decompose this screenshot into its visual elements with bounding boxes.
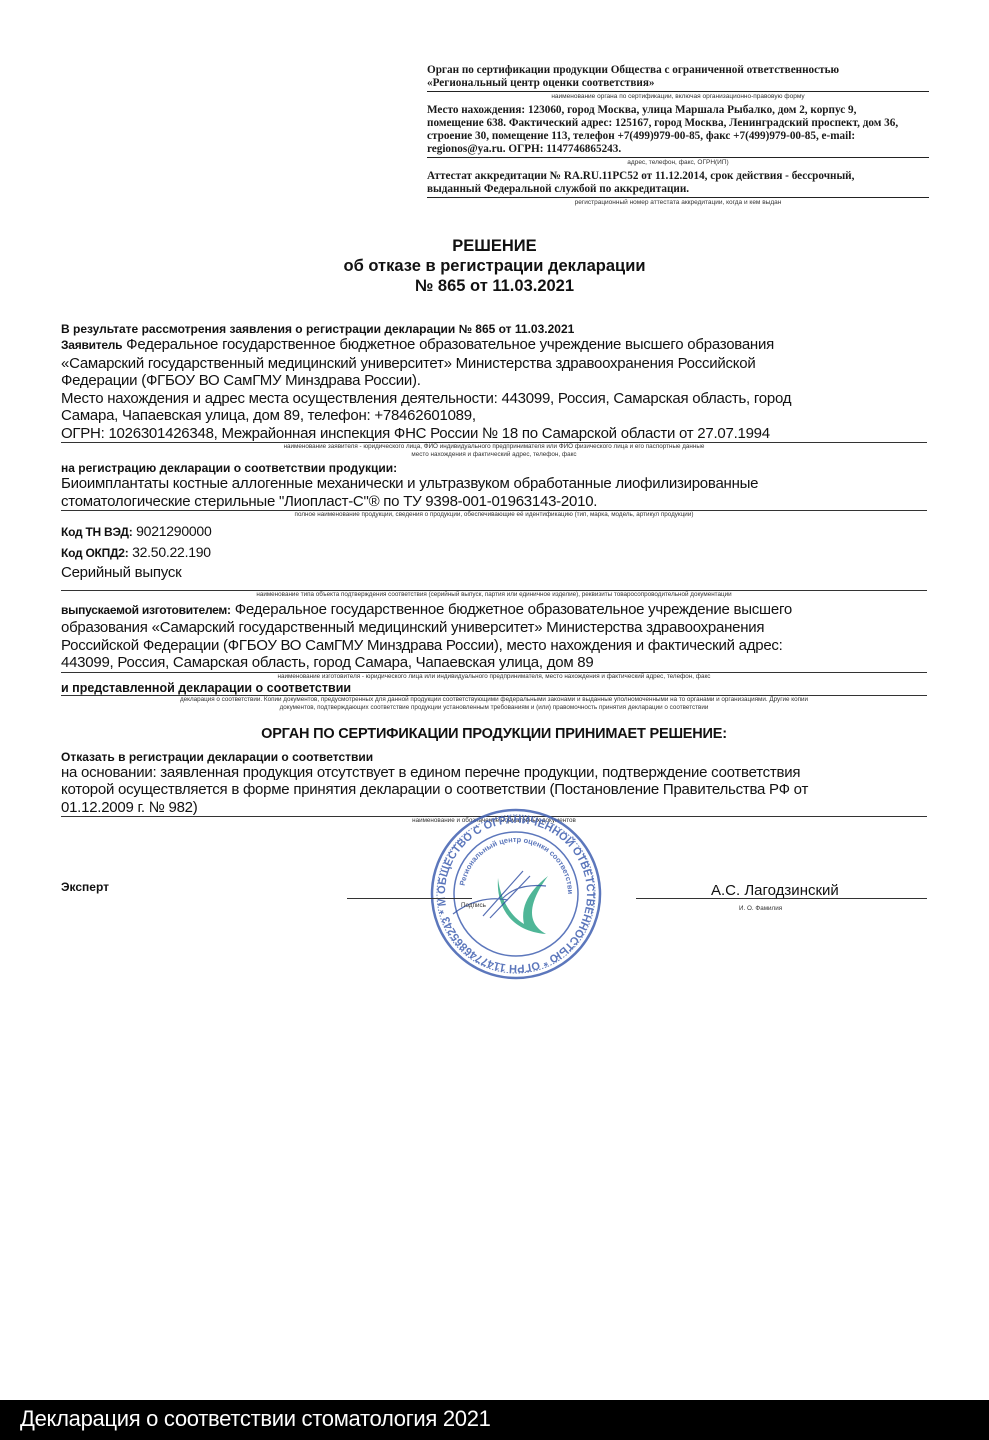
manufacturer-line2: образования «Самарский государственный м… (61, 619, 927, 637)
applicant-block: Заявитель Федеральное государственное бю… (61, 336, 927, 355)
manufacturer-block: выпускаемой изготовителем: Федеральное г… (61, 601, 927, 620)
address-line2: помещение 638. Фактический адрес: 125167… (427, 117, 929, 130)
applicant-caption2: место нахождения и фактический адрес, те… (61, 451, 927, 459)
product-caption: полное наименование продукции, сведения … (61, 511, 927, 519)
applicant-line2: «Самарский государственный медицинский у… (61, 355, 927, 373)
title-line2: об отказе в регистрации декларации (0, 256, 989, 276)
okpd-code: Код ОКПД2: 32.50.22.190 (61, 544, 927, 563)
caption-text: Декларация о соответствии стоматология 2… (20, 1406, 491, 1432)
title-line1: РЕШЕНИЕ (0, 236, 989, 256)
product-label: на регистрацию декларации о соответствии… (61, 461, 927, 475)
okpd-value: 32.50.22.190 (128, 544, 210, 560)
applicant-intro: В результате рассмотрения заявления о ре… (61, 322, 927, 336)
signature-line (347, 898, 472, 899)
name-caption: И. О. Фамилия (739, 905, 782, 912)
applicant-line1: Федеральное государственное бюджетное об… (122, 336, 774, 353)
signature-caption: Подпись (461, 902, 486, 909)
expert-label: Эксперт (61, 880, 109, 894)
applicant-label: Заявитель (61, 338, 122, 352)
decision-heading: ОРГАН ПО СЕРТИФИКАЦИИ ПРОДУКЦИИ ПРИНИМАЕ… (61, 726, 927, 742)
okpd-label: Код ОКПД2: (61, 546, 128, 560)
expert-name: А.С. Лагодзинский (711, 882, 839, 899)
org-name-line2: «Региональный центр оценки соответствия» (427, 77, 929, 90)
manufacturer-line1: Федеральное государственное бюджетное об… (231, 601, 792, 618)
name-line (636, 898, 927, 899)
manufacturer-caption: наименование изготовителя - юридического… (61, 673, 927, 681)
applicant-line4: Место нахождения и адрес места осуществл… (61, 390, 927, 408)
applicant-line5: Самара, Чапаевская улица, дом 89, телефо… (61, 407, 927, 425)
decision-verdict: Отказать в регистрации декларации о соот… (61, 750, 927, 764)
caption-bar: Декларация о соответствии стоматология 2… (0, 1400, 989, 1440)
applicant-line6: ОГРН: 1026301426348, Межрайонная инспекц… (61, 425, 927, 443)
declaration-caption1: декларация о соответствии. Копии докумен… (61, 696, 927, 704)
manufacturer-label: выпускаемой изготовителем: (61, 603, 231, 617)
manufacturer-line3: Российской Федерации (ФГБОУ ВО СамГМУ Ми… (61, 637, 927, 655)
certification-body-header: Орган по сертификации продукции Общества… (427, 64, 929, 207)
document-page: Орган по сертификации продукции Общества… (0, 0, 989, 1400)
signature-row: Эксперт Подпись А.С. Лагодзинский И. О. … (61, 880, 927, 920)
tnved-code: Код ТН ВЭД: 9021290000 (61, 523, 927, 542)
address-line3: строение 30, помещение 113, телефон +7(4… (427, 130, 929, 143)
manufacturer-line4: 443099, Россия, Самарская область, город… (61, 654, 927, 672)
address-line4: regionos@ya.ru. ОГРН: 1147746865243. (427, 143, 929, 156)
release-type: Серийный выпуск (61, 564, 927, 582)
applicant-caption1: наименование заявителя - юридического ли… (61, 443, 927, 451)
applicant-line3: Федерации (ФГБОУ ВО СамГМУ Минздрава Рос… (61, 372, 927, 390)
address-line1: Место нахождения: 123060, город Москва, … (427, 104, 929, 117)
declaration-label: и представленной декларации о соответств… (61, 681, 927, 695)
document-body: В результате рассмотрения заявления о ре… (61, 322, 927, 825)
address-caption: адрес, телефон, факс, ОГРН(ИП) (427, 158, 929, 167)
tnved-label: Код ТН ВЭД: (61, 525, 132, 539)
document-title: РЕШЕНИЕ об отказе в регистрации декларац… (0, 236, 989, 296)
org-name-line1: Орган по сертификации продукции Общества… (427, 64, 929, 77)
accreditation-caption: регистрационный номер аттестата аккредит… (427, 198, 929, 207)
title-line3: № 865 от 11.03.2021 (0, 276, 989, 296)
release-caption: наименование типа объекта подтверждения … (61, 591, 927, 599)
tnved-value: 9021290000 (132, 523, 211, 539)
product-line2: стоматологические стерильные "Лиопласт-С… (61, 493, 927, 511)
org-caption: наименование органа по сертификации, вкл… (427, 92, 929, 101)
accreditation-line2: выданный Федеральной службой по аккредит… (427, 183, 929, 196)
product-line1: Биоимплантаты костные аллогенные механич… (61, 475, 927, 493)
decision-line1: на основании: заявленная продукция отсут… (61, 764, 927, 782)
accreditation-line1: Аттестат аккредитации № RA.RU.11PC52 от … (427, 170, 929, 183)
declaration-caption2: документов, подтверждающих соответствие … (61, 704, 927, 712)
decision-line2: которой осуществляется в форме принятия … (61, 781, 927, 799)
